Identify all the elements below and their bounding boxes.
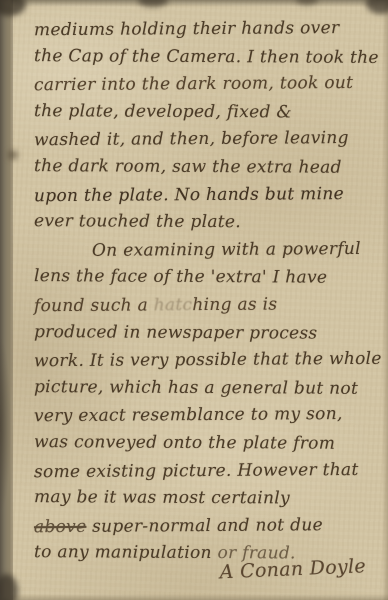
ink-spot-left-margin	[8, 150, 18, 160]
line-text: hing as is	[192, 294, 277, 315]
letter-line: On examining with a powerful	[34, 236, 380, 266]
letter-line: the dark room, saw the extra head	[34, 153, 380, 182]
letter-line: picture, which has a general but not	[34, 374, 380, 403]
line-text: super-normal and not due	[86, 515, 323, 537]
letter-line: upon the plate. No hands but mine	[34, 180, 380, 210]
letter-line: very exact resemblance to my son,	[34, 401, 380, 431]
letter-line: produced in newspaper process	[34, 319, 380, 348]
struck-out-word: above	[34, 517, 87, 537]
letter-line: may be it was most certainly	[34, 484, 380, 513]
letter-line: mediums holding their hands over	[34, 15, 380, 45]
corner-smudge-bottom-left	[0, 574, 18, 600]
letter-line: the Cap of the Camera. I then took the	[34, 43, 380, 72]
letter-line: ever touched the plate.	[34, 208, 380, 237]
letter-line-with-faded-word: found such a hatching as is	[34, 291, 380, 321]
letter-line-with-strikethrough: above super-normal and not due	[34, 511, 380, 541]
letter-line: washed it, and then, before leaving	[34, 125, 380, 155]
letter-line: was conveyed onto the plate from	[34, 429, 380, 458]
corner-smudge-top-right	[366, 0, 388, 14]
letter-line: carrier into the dark room, took out	[34, 70, 380, 100]
letter-line: some existing picture. However that	[34, 456, 380, 486]
faded-word: hatc	[154, 295, 193, 315]
letter-line: the plate, developed, fixed &	[34, 98, 380, 127]
letter-line: work. It is very possible that the whole	[34, 346, 380, 376]
line-text: found such a	[34, 295, 154, 316]
page-edge-right	[382, 0, 388, 600]
letter-line: lens the face of the 'extra' I have	[34, 263, 380, 292]
letter-photograph: mediums holding their hands over the Cap…	[0, 0, 388, 600]
page-edge-left	[0, 0, 13, 600]
page-edge-top	[0, 0, 388, 7]
corner-smudge-top-left	[0, 0, 26, 16]
letter-body: mediums holding their hands over the Cap…	[34, 16, 380, 600]
